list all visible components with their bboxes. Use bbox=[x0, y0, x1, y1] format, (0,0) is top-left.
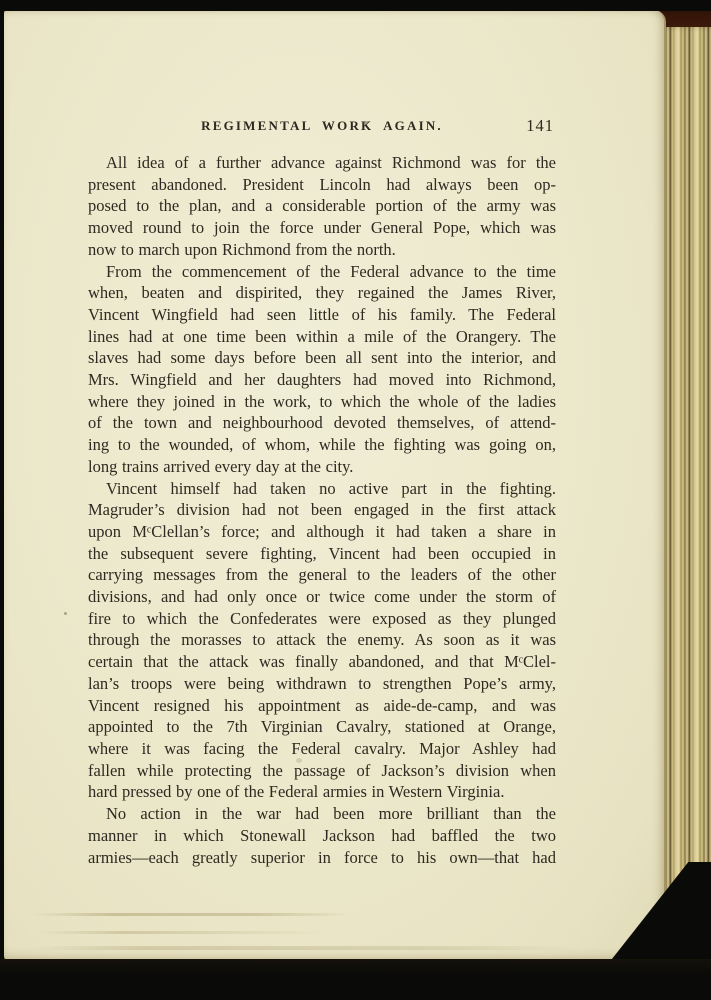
text-line: posed to the plan, and a considerable po… bbox=[88, 195, 556, 217]
text-line: slaves had some days before been all sen… bbox=[88, 347, 556, 369]
text-line: ing to the wounded, of whom, while the f… bbox=[88, 434, 556, 456]
text-block: All idea of a further advance against Ri… bbox=[88, 152, 556, 868]
text-line: long trains arrived every day at the cit… bbox=[88, 456, 556, 478]
text-line: where they joined in the work, to which … bbox=[88, 391, 556, 413]
text-line: Mrs. Wingfield and her daughters had mov… bbox=[88, 369, 556, 391]
text-line: upon MᶜClellan’s force; and although it … bbox=[88, 521, 556, 543]
text-line: All idea of a further advance against Ri… bbox=[88, 152, 556, 174]
text-line: Vincent Wingfield had seen little of his… bbox=[88, 304, 556, 326]
text-line: present abandoned. President Lincoln had… bbox=[88, 174, 556, 196]
chapter-title: REGIMENTAL WORK AGAIN. bbox=[88, 118, 556, 134]
under-page-edge bbox=[38, 931, 328, 934]
text-line: the subsequent severe fighting, Vincent … bbox=[88, 543, 556, 565]
text-line: appointed to the 7th Virginian Cavalry, … bbox=[88, 716, 556, 738]
background-top-bar bbox=[0, 0, 711, 11]
scan-speck bbox=[296, 758, 302, 763]
scan-speck bbox=[363, 121, 368, 125]
book-page: REGIMENTAL WORK AGAIN. 141 All idea of a… bbox=[4, 10, 666, 962]
text-line: hard pressed by one of the Federal armie… bbox=[88, 781, 556, 803]
text-line: Magruder’s division had not been engaged… bbox=[88, 499, 556, 521]
page-number: 141 bbox=[526, 116, 554, 136]
photographed-book-scene: REGIMENTAL WORK AGAIN. 141 All idea of a… bbox=[0, 0, 711, 1000]
text-line: now to march upon Richmond from the nort… bbox=[88, 239, 556, 261]
text-line: No action in the war had been more brill… bbox=[88, 803, 556, 825]
text-line: Vincent resigned his appointment as aide… bbox=[88, 695, 556, 717]
text-line: fire to which the Confederates were expo… bbox=[88, 608, 556, 630]
under-page-edge bbox=[32, 913, 352, 916]
paragraph: All idea of a further advance against Ri… bbox=[88, 152, 556, 261]
text-line: armies—each greatly superior in force to… bbox=[88, 847, 556, 869]
background-bottom-bar bbox=[0, 959, 711, 1000]
under-page-edge bbox=[34, 946, 574, 950]
running-header: REGIMENTAL WORK AGAIN. 141 bbox=[88, 116, 556, 138]
text-line: where it was facing the Federal cavalry.… bbox=[88, 738, 556, 760]
text-line: divisions, and had only once or twice co… bbox=[88, 586, 556, 608]
text-line: Vincent himself had taken no active part… bbox=[88, 478, 556, 500]
text-line: certain that the attack was finally aban… bbox=[88, 651, 556, 673]
paragraph: Vincent himself had taken no active part… bbox=[88, 478, 556, 804]
text-line: when, beaten and dispirited, they regain… bbox=[88, 282, 556, 304]
text-line: lines had at one time been within a mile… bbox=[88, 326, 556, 348]
scan-speck bbox=[64, 612, 67, 615]
paragraph: No action in the war had been more brill… bbox=[88, 803, 556, 868]
text-line: through the morasses to attack the enemy… bbox=[88, 629, 556, 651]
text-line: From the commencement of the Federal adv… bbox=[88, 261, 556, 283]
text-line: fallen while protecting the passage of J… bbox=[88, 760, 556, 782]
text-line: of the town and neighbourhood devoted th… bbox=[88, 412, 556, 434]
paragraph: From the commencement of the Federal adv… bbox=[88, 261, 556, 478]
text-line: manner in which Stonewall Jackson had ba… bbox=[88, 825, 556, 847]
text-line: moved round to join the force under Gene… bbox=[88, 217, 556, 239]
text-line: lan’s troops were being withdrawn to str… bbox=[88, 673, 556, 695]
text-line: carrying messages from the general to th… bbox=[88, 564, 556, 586]
